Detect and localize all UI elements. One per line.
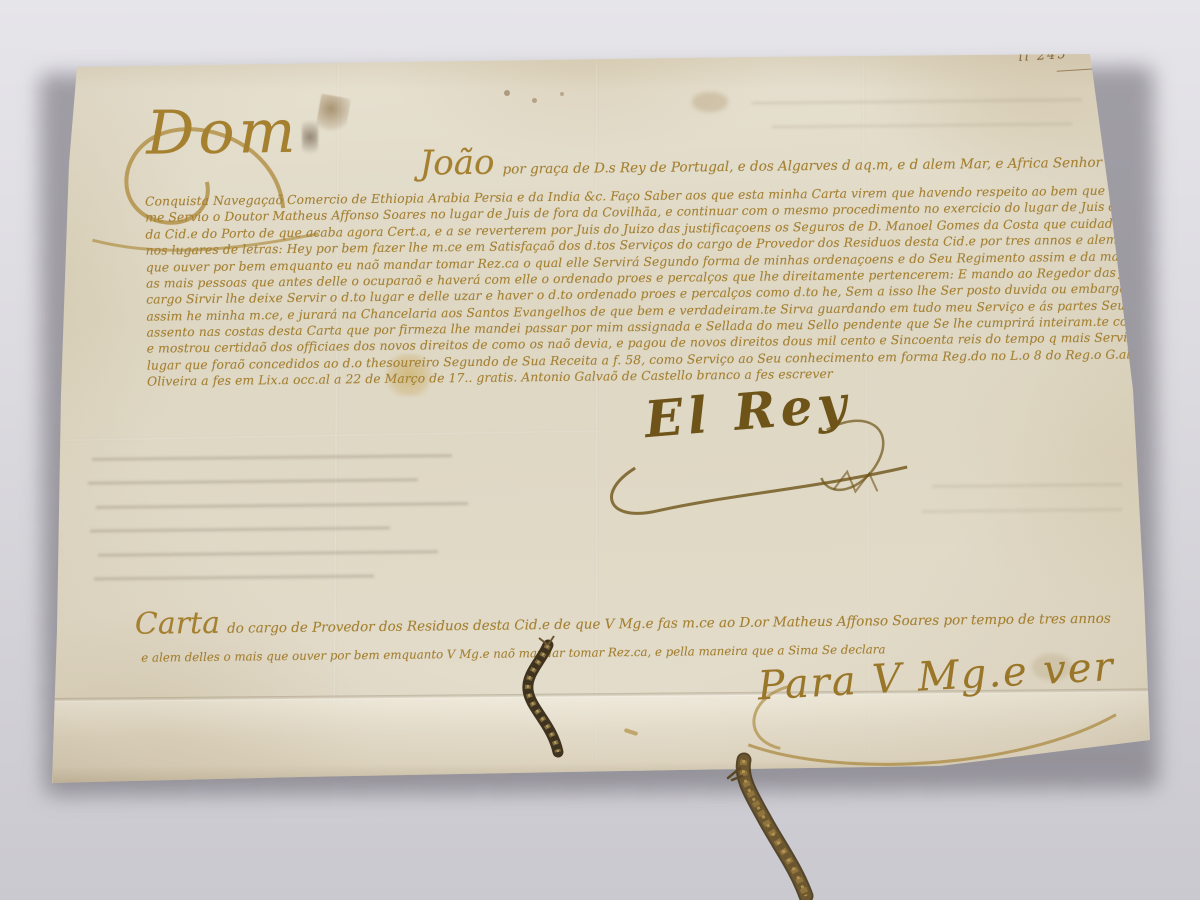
docket-line: Cartado cargo de Provedor dos Residuos d… bbox=[135, 599, 1111, 640]
salutation-text: por graça de D.s Rey de Portugal, e dos … bbox=[503, 154, 1200, 178]
charter-salutation: Joãopor graça de D.s Rey de Portugal, e … bbox=[419, 138, 1200, 181]
docket-text: do cargo de Provedor dos Residuos desta … bbox=[227, 611, 1111, 637]
charter-initial-dom: Dom bbox=[146, 102, 300, 164]
king-name: João bbox=[419, 143, 494, 184]
seal-cord-stub bbox=[522, 634, 612, 764]
archival-number: ii 245 bbox=[1018, 48, 1068, 64]
hanging-seal-cord bbox=[700, 748, 870, 900]
photograph-of-parchment-charter: { "photo": { "backdrop_top": "#e6e5ea", … bbox=[0, 0, 1200, 900]
parchment-sheet: ii 245 Dom Joãopor graça de D.s Rey de P… bbox=[52, 54, 1155, 783]
docket-initial: Carta bbox=[135, 606, 221, 642]
